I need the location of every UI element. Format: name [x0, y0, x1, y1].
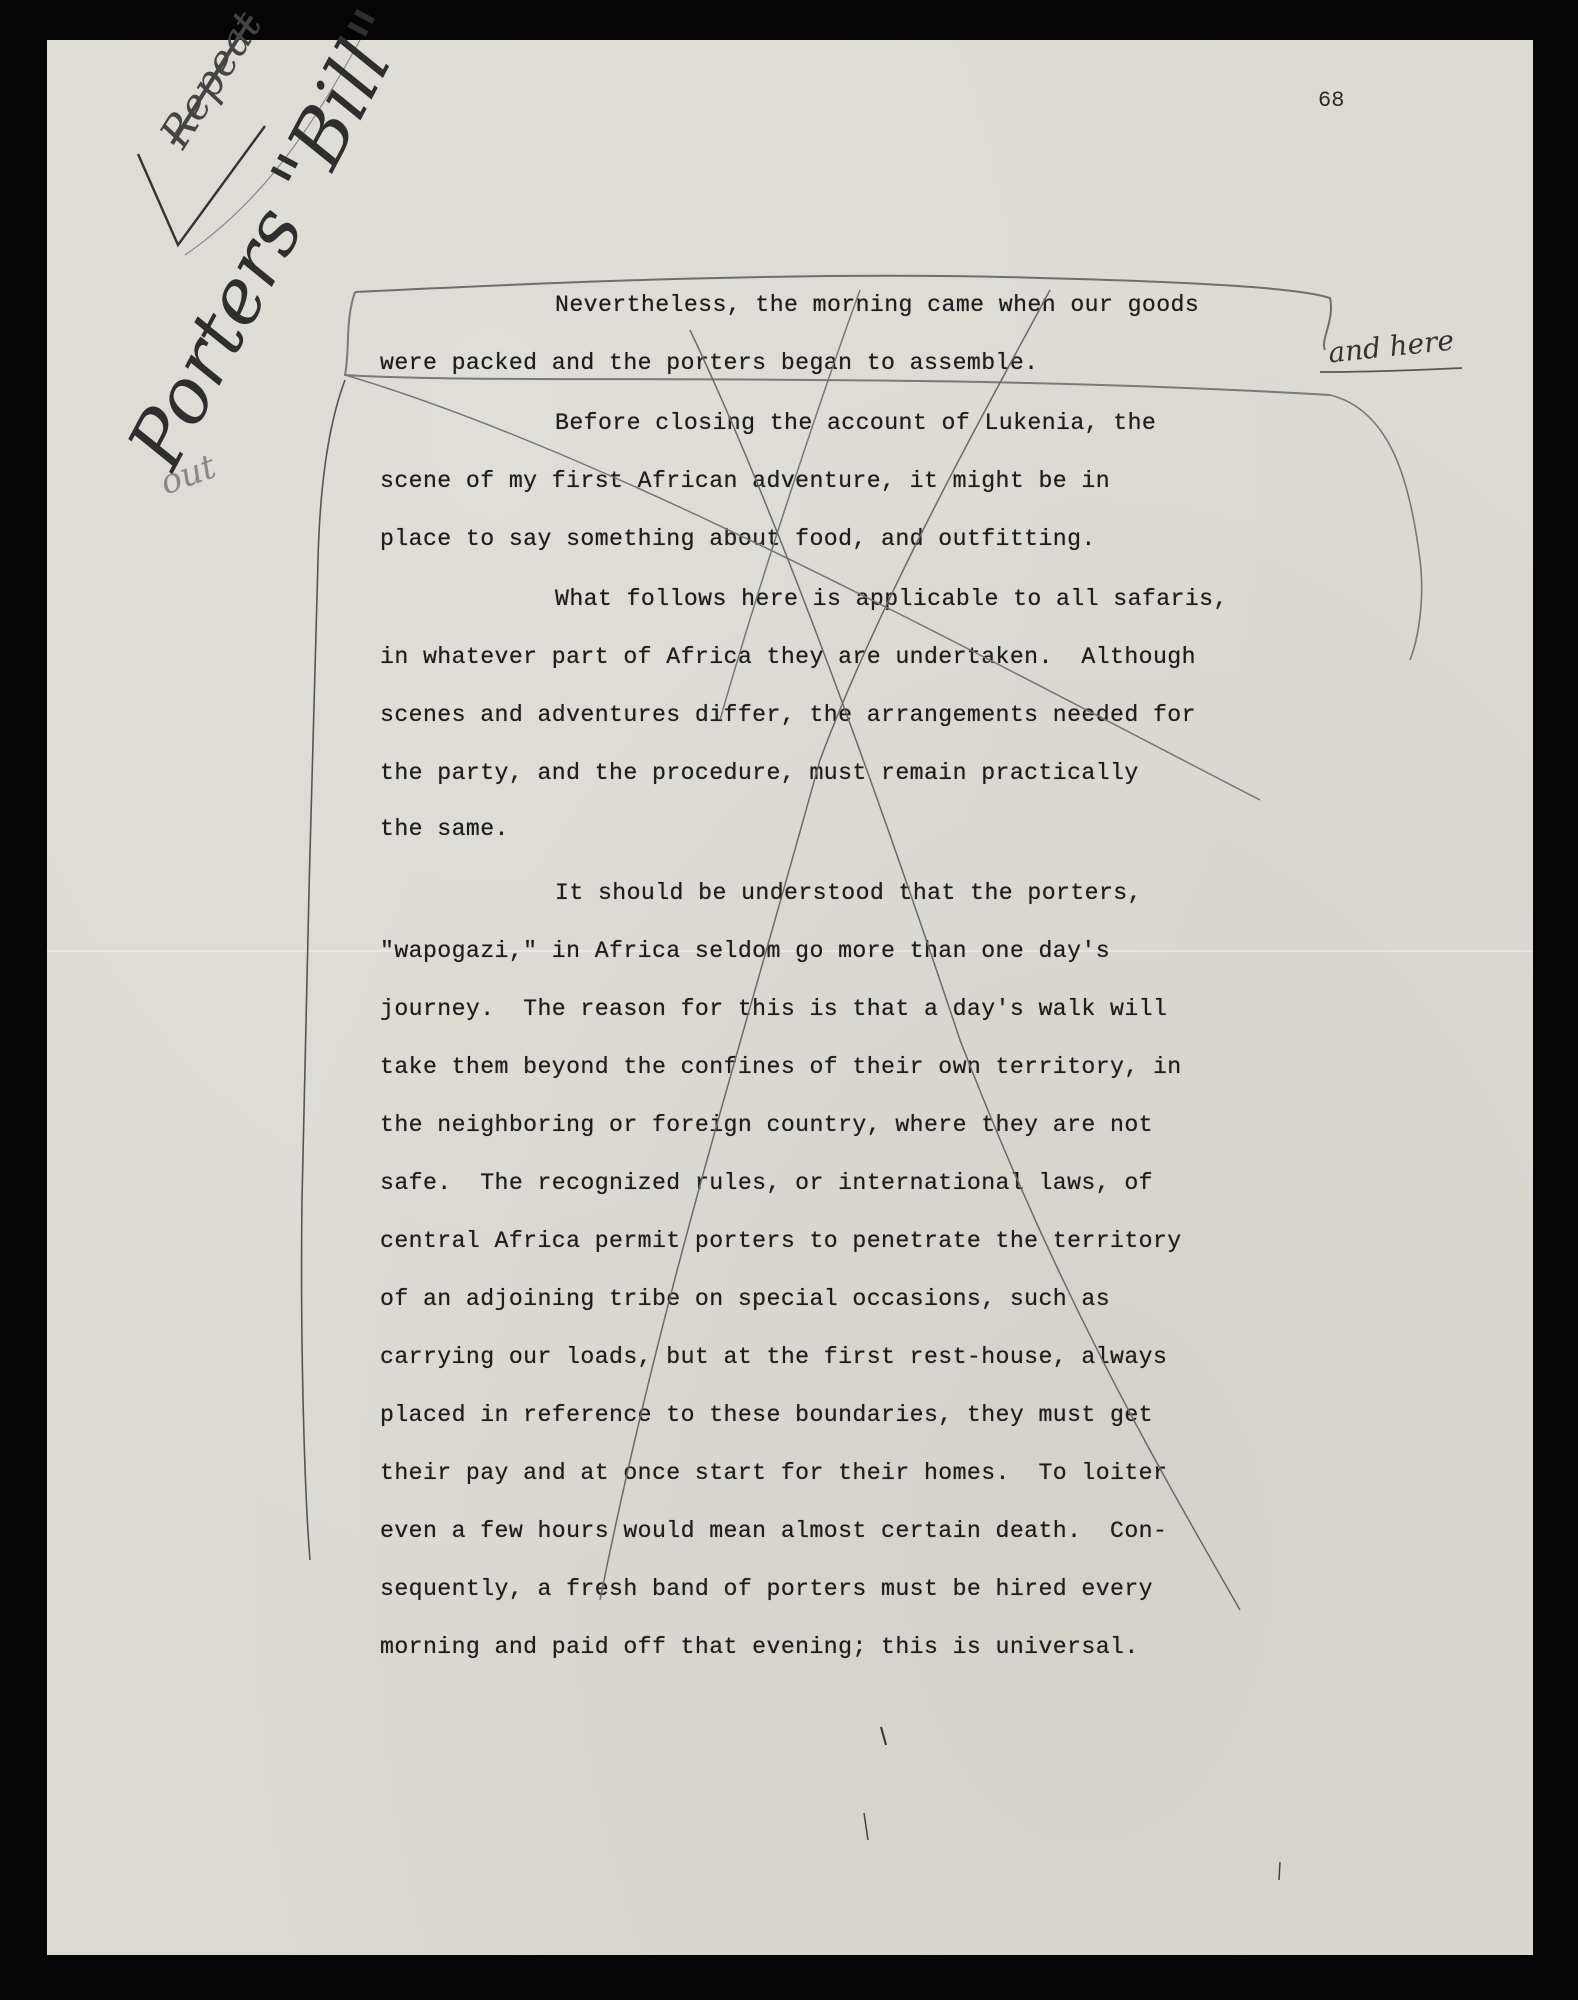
text-line: What follows here is applicable to all s… — [555, 586, 1228, 612]
text-line: morning and paid off that evening; this … — [380, 1634, 1139, 1660]
text-line: safe. The recognized rules, or internati… — [380, 1170, 1153, 1196]
text-line: scenes and adventures differ, the arrang… — [380, 702, 1196, 728]
text-line: Before closing the account of Lukenia, t… — [555, 410, 1156, 436]
text-line: were packed and the porters began to ass… — [380, 350, 1038, 376]
text-line: the neighboring or foreign country, wher… — [380, 1112, 1153, 1138]
page-number: 68 — [1318, 88, 1344, 113]
text-line: even a few hours would mean almost certa… — [380, 1518, 1167, 1544]
text-line: placed in reference to these boundaries,… — [380, 1402, 1153, 1428]
text-line: place to say something about food, and o… — [380, 526, 1096, 552]
text-line: It should be understood that the porters… — [555, 880, 1142, 906]
text-line: carrying our loads, but at the first res… — [380, 1344, 1167, 1370]
text-line: take them beyond the confines of their o… — [380, 1054, 1182, 1080]
text-line: their pay and at once start for their ho… — [380, 1460, 1167, 1486]
text-line: the party, and the procedure, must remai… — [380, 760, 1139, 786]
text-line: of an adjoining tribe on special occasio… — [380, 1286, 1110, 1312]
text-line: the same. — [380, 816, 509, 842]
text-line: central Africa permit porters to penetra… — [380, 1228, 1182, 1254]
text-line: "wapogazi," in Africa seldom go more tha… — [380, 938, 1110, 964]
text-line: Nevertheless, the morning came when our … — [555, 292, 1199, 318]
text-line: scene of my first African adventure, it … — [380, 468, 1110, 494]
text-line: journey. The reason for this is that a d… — [380, 996, 1167, 1022]
text-line: sequently, a fresh band of porters must … — [380, 1576, 1153, 1602]
text-line: in whatever part of Africa they are unde… — [380, 644, 1196, 670]
